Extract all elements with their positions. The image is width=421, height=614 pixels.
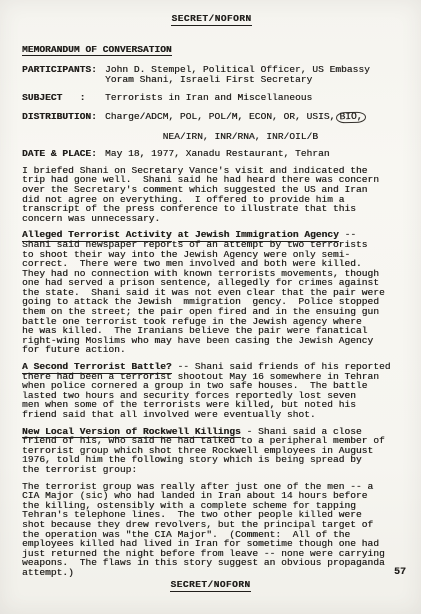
field-label: SUBJECT : [22, 93, 105, 103]
classification-header: SECRET/NOFORN [22, 14, 401, 24]
memo-document: SECRET/NOFORN MEMORANDUM OF CONVERSATION… [22, 14, 401, 585]
field-distribution: DISTRIBUTION: Charge/ADCM, POL, POL/M, E… [22, 112, 401, 141]
field-subject: SUBJECT : Terrorists in Iran and Miscell… [22, 93, 401, 103]
header-fields: PARTICIPANTS: John D. Stempel, Political… [22, 65, 401, 159]
classification-top-text: SECRET/NOFORN [171, 13, 251, 26]
section-jewish-text: -- Shani said newspaper reports of an at… [22, 229, 385, 355]
field-value: Terrorists in Iran and Miscellaneous [105, 93, 312, 103]
classification-footer: SECRET/NOFORN [0, 580, 421, 590]
section-second-battle: A Second Terrorist Battle? -- Shani said… [22, 362, 401, 420]
cia-story-paragraph: The terrorist group was really after jus… [22, 482, 401, 578]
distribution-list: Charge/ADCM, POL, POL/M, ECON, OR, USIS, [105, 111, 335, 122]
distribution-list-line2: NEA/IRN, INR/RNA, INR/OIL/B [163, 131, 318, 142]
section-battle-text: -- Shani said friends of his reported th… [22, 361, 390, 420]
intro-paragraph: I briefed Shani on Secretary Vance's vis… [22, 166, 401, 224]
memo-page: SECRET/NOFORN MEMORANDUM OF CONVERSATION… [0, 0, 421, 614]
section-rockwell: New Local Version of Rockwell Killings -… [22, 427, 401, 475]
field-date-place: DATE & PLACE: May 18, 1977, Xanadu Resta… [22, 149, 401, 159]
field-participants: PARTICIPANTS: John D. Stempel, Political… [22, 65, 401, 84]
field-label: DATE & PLACE: [22, 149, 105, 159]
page-number: 57 [394, 568, 406, 578]
field-label: DISTRIBUTION: [22, 112, 105, 141]
field-value: John D. Stempel, Political Officer, US E… [105, 65, 370, 84]
classification-bottom-text: SECRET/NOFORN [170, 579, 250, 592]
bio-circle-annotation: BIO, [336, 112, 366, 124]
section-jewish-agency: Alleged Terrorist Activityat Jewish Immi… [22, 230, 401, 355]
field-label: PARTICIPANTS: [22, 65, 105, 84]
memo-title-text: MEMORANDUM OF CONVERSATION [22, 44, 172, 57]
field-value: May 18, 1977, Xanadu Restaurant, Tehran [105, 149, 330, 159]
memo-title: MEMORANDUM OF CONVERSATION [22, 45, 401, 55]
field-value: Charge/ADCM, POL, POL/M, ECON, OR, USIS,… [105, 112, 366, 141]
memo-body: I briefed Shani on Secretary Vance's vis… [22, 166, 401, 578]
